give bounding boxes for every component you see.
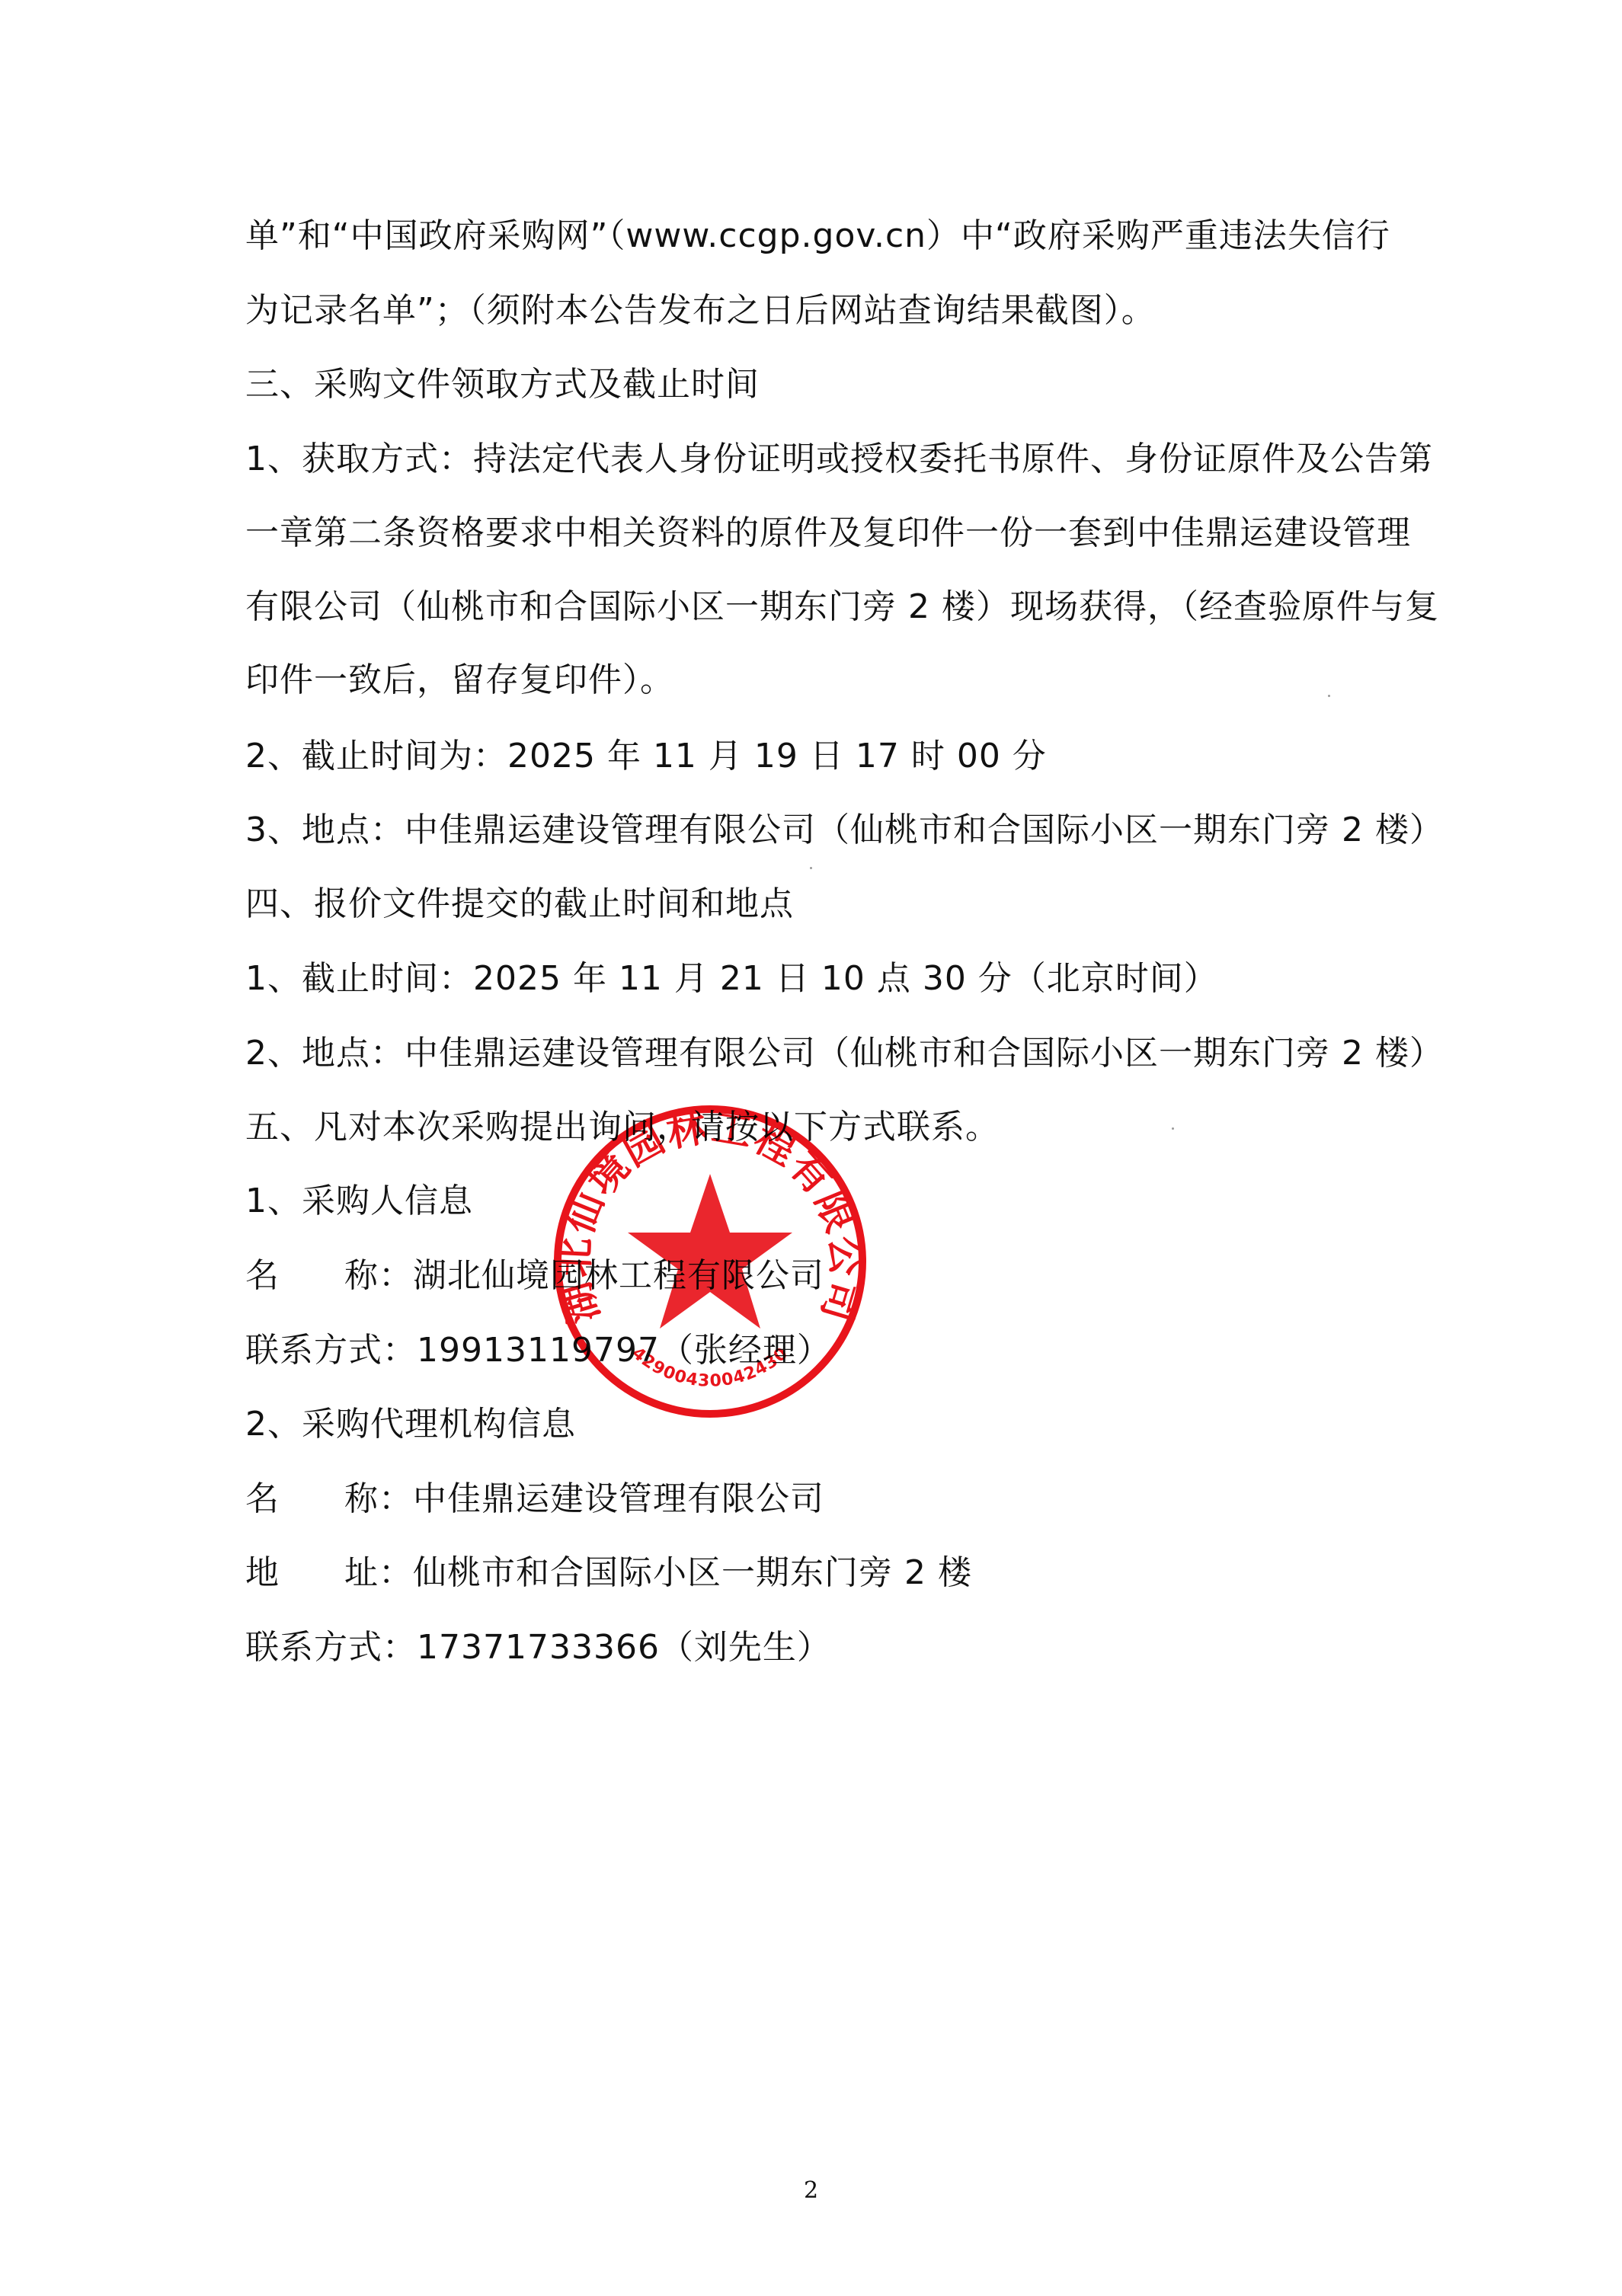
purchaser-contact-value: 19913119797（张经理） bbox=[417, 1331, 831, 1370]
text-line: 印件一致后，留存复印件）。 bbox=[245, 657, 674, 703]
text-line: 一章第二条资格要求中相关资料的原件及复印件一份一套到中佳鼎运建设管理 bbox=[245, 510, 1411, 556]
agency-address-label: 地址： bbox=[245, 1550, 413, 1596]
subsection-heading: 1、采购人信息 bbox=[245, 1178, 473, 1224]
agency-contact-row: 联系方式：17371733366（刘先生） bbox=[245, 1625, 831, 1671]
agency-address-value: 仙桃市和合国际小区一期东门旁 2 楼 bbox=[413, 1553, 972, 1592]
text-line: 2、截止时间为：2025 年 11 月 19 日 17 时 00 分 bbox=[245, 734, 1047, 779]
text-line: 为记录名单”；（须附本公告发布之日后网站查询结果截图）。 bbox=[245, 288, 1156, 334]
agency-name-row: 名称：中佳鼎运建设管理有限公司 bbox=[245, 1476, 824, 1522]
text-line: 1、截止时间：2025 年 11 月 21 日 10 点 30 分（北京时间） bbox=[245, 956, 1218, 1002]
text-line: 1、获取方式：持法定代表人身份证明或授权委托书原件、身份证原件及公告第 bbox=[245, 436, 1433, 482]
text-line: 2、地点：中佳鼎运建设管理有限公司（仙桃市和合国际小区一期东门旁 2 楼） bbox=[245, 1031, 1444, 1076]
purchaser-name-label: 名称： bbox=[245, 1253, 413, 1299]
agency-name-value: 中佳鼎运建设管理有限公司 bbox=[413, 1479, 824, 1518]
agency-name-label: 名称： bbox=[245, 1476, 413, 1522]
text-line: 有限公司（仙桃市和合国际小区一期东门旁 2 楼）现场获得，（经查验原件与复 bbox=[245, 584, 1439, 630]
agency-contact-label: 联系方式： bbox=[245, 1628, 417, 1667]
text-line: 3、地点：中佳鼎运建设管理有限公司（仙桃市和合国际小区一期东门旁 2 楼） bbox=[245, 807, 1444, 853]
agency-address-row: 地址：仙桃市和合国际小区一期东门旁 2 楼 bbox=[245, 1550, 972, 1596]
page-number: 2 bbox=[804, 2177, 818, 2204]
scan-speck bbox=[1328, 695, 1330, 697]
purchaser-name-row: 名称：湖北仙境园林工程有限公司 bbox=[245, 1253, 824, 1299]
purchaser-contact-label: 联系方式： bbox=[245, 1331, 417, 1370]
document-page: 单”和“中国政府采购网”（www.ccgp.gov.cn）中“政府采购严重违法失… bbox=[0, 0, 1622, 2296]
section-heading: 四、报价文件提交的截止时间和地点 bbox=[245, 881, 794, 927]
subsection-heading: 2、采购代理机构信息 bbox=[245, 1402, 576, 1447]
section-heading: 五、凡对本次采购提出询问，请按以下方式联系。 bbox=[245, 1105, 1000, 1150]
agency-contact-value: 17371733366（刘先生） bbox=[417, 1628, 831, 1667]
purchaser-contact-row: 联系方式：19913119797（张经理） bbox=[245, 1328, 831, 1373]
text-line: 单”和“中国政府采购网”（www.ccgp.gov.cn）中“政府采购严重违法失… bbox=[245, 213, 1390, 259]
section-heading: 三、采购文件领取方式及截止时间 bbox=[245, 362, 760, 408]
purchaser-name-value: 湖北仙境园林工程有限公司 bbox=[413, 1256, 824, 1295]
scan-speck bbox=[1172, 1127, 1174, 1130]
scan-speck bbox=[810, 867, 812, 869]
